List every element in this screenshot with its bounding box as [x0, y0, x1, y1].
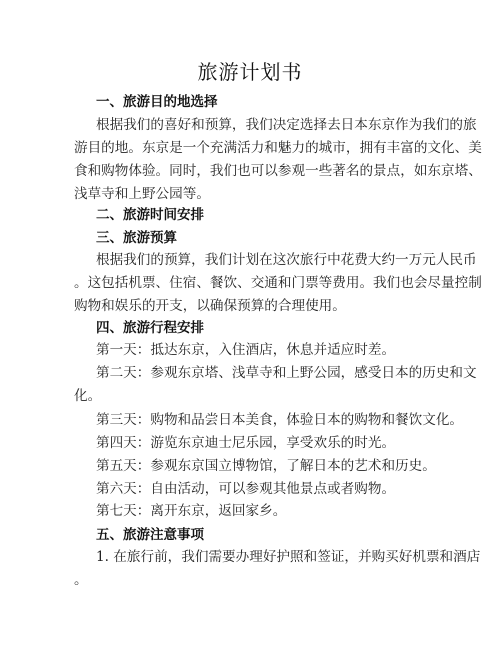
paragraph-line: 。这包括机票、住宿、餐饮、交通和门票等费用。我们也会尽量控制 — [74, 273, 482, 293]
section-heading-budget: 三、旅游预算 — [96, 228, 177, 248]
paragraph-line: 根据我们的喜好和预算，我们决定选择去日本东京作为我们的旅 — [96, 115, 477, 135]
itinerary-day-6: 第六天：自由活动，可以参观其他景点或者购物。 — [96, 479, 395, 499]
itinerary-day-7: 第七天：离开东京，返回家乡。 — [96, 501, 286, 521]
paragraph-line: 浅草寺和上野公园等。 — [74, 184, 210, 204]
itinerary-day-3: 第三天：购物和品尝日本美食，体验日本的购物和餐饮文化。 — [96, 410, 463, 430]
paragraph-line: 根据我们的预算，我们计划在这次旅行中花费大约一万元人民币 — [96, 250, 477, 270]
paragraph-line: 游目的地。东京是一个充满活力和魅力的城市，拥有丰富的文化、美 — [74, 138, 482, 158]
itinerary-day-5: 第五天：参观东京国立博物馆，了解日本的艺术和历史。 — [96, 456, 436, 476]
document-title: 旅游计划书 — [0, 58, 500, 86]
note-item-1-continued: 。 — [74, 570, 88, 590]
section-heading-schedule: 二、旅游时间安排 — [96, 205, 204, 225]
section-heading-itinerary: 四、旅游行程安排 — [96, 318, 204, 338]
itinerary-day-1: 第一天：抵达东京，入住酒店，休息并适应时差。 — [96, 340, 395, 360]
itinerary-day-2: 第二天：参观东京塔、浅草寺和上野公园，感受日本的历史和文 — [96, 363, 477, 383]
note-item-1: 1. 在旅行前，我们需要办理好护照和签证，并购买好机票和酒店 — [96, 547, 480, 567]
paragraph-line: 食和购物体验。同时，我们也可以参观一些著名的景点，如东京塔、 — [74, 161, 482, 181]
paragraph-line: 购物和娱乐的开支，以确保预算的合理使用。 — [74, 296, 346, 316]
section-heading-destination: 一、旅游目的地选择 — [96, 92, 218, 112]
section-heading-notes: 五、旅游注意事项 — [96, 525, 204, 545]
itinerary-day-4: 第四天：游览东京迪士尼乐园，享受欢乐的时光。 — [96, 433, 395, 453]
itinerary-day-2-continued: 化。 — [74, 386, 101, 406]
